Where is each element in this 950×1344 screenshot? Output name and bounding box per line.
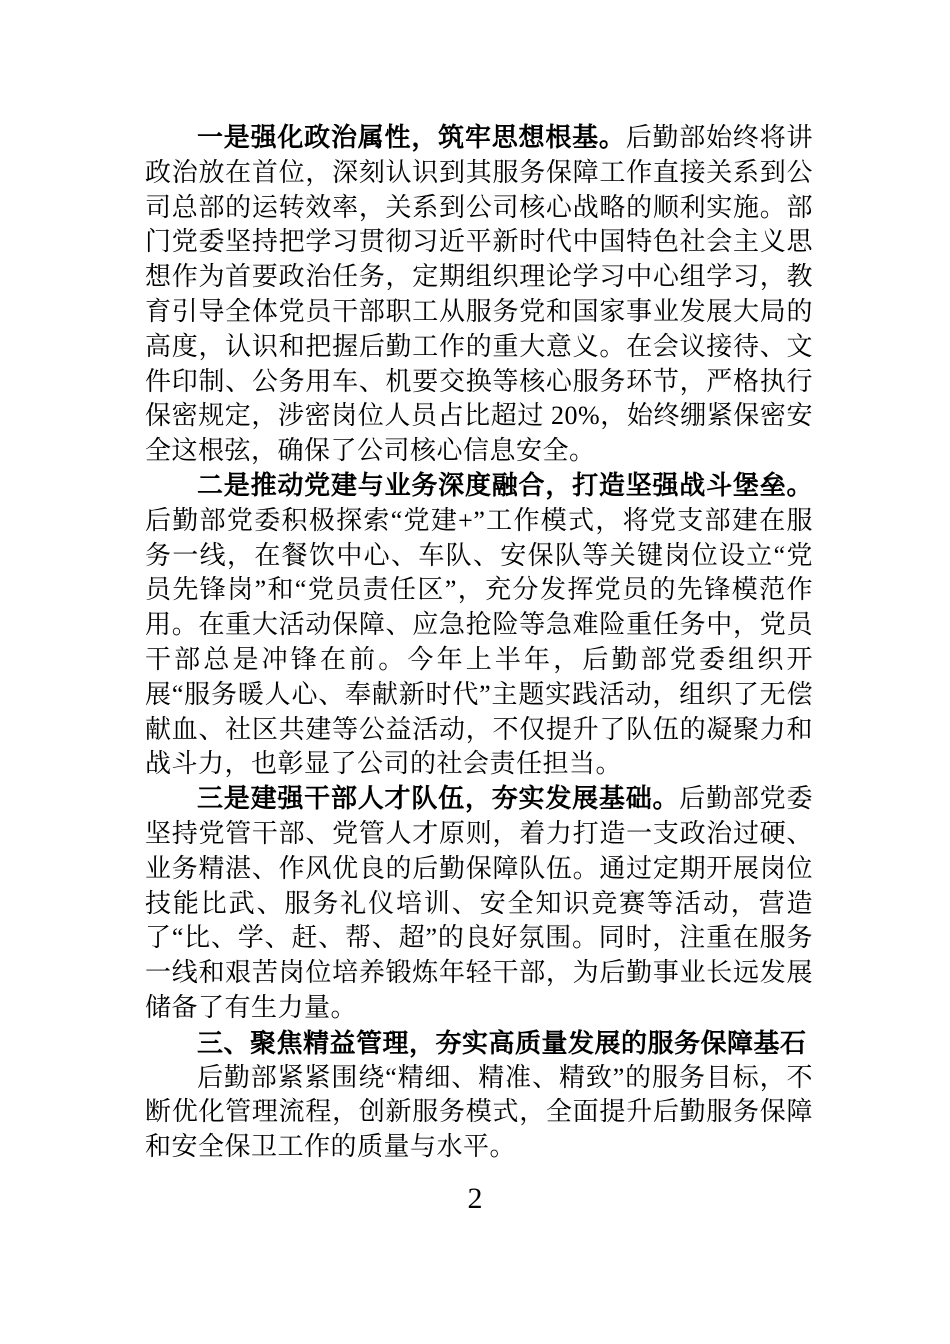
section-heading: 三、聚焦精益管理，夯实高质量发展的服务保障基石 <box>145 1026 813 1061</box>
paragraph-2: 二是推动党建与业务深度融合，打造坚强战斗堡垒。后勤部党委积极探索“党建+”工作模… <box>145 469 813 782</box>
paragraph-3: 三是建强干部人才队伍，夯实发展基础。后勤部党委坚持党管干部、党管人才原则，着力打… <box>145 782 813 1026</box>
paragraph-3-lead: 三是建强干部人才队伍，夯实发展基础。 <box>197 784 679 813</box>
paragraph-2-lead: 二是推动党建与业务深度融合，打造坚强战斗堡垒。 <box>197 471 813 500</box>
page-number: 2 <box>0 1182 950 1216</box>
paragraph-1-text: 后勤部始终将讲政治放在首位，深刻认识到其服务保障工作直接关系到公司总部的运转效率… <box>145 123 813 465</box>
paragraph-1: 一是强化政治属性，筑牢思想根基。后勤部始终将讲政治放在首位，深刻认识到其服务保障… <box>145 121 813 469</box>
document-body: 一是强化政治属性，筑牢思想根基。后勤部始终将讲政治放在首位，深刻认识到其服务保障… <box>145 121 813 1165</box>
paragraph-2-text: 后勤部党委积极探索“党建+”工作模式，将党支部建在服务一线，在餐饮中心、车队、安… <box>145 506 813 779</box>
closing-paragraph: 后勤部紧紧围绕“精细、精准、精致”的服务目标，不断优化管理流程，创新服务模式，全… <box>145 1061 813 1165</box>
document-page: 一是强化政治属性，筑牢思想根基。后勤部始终将讲政治放在首位，深刻认识到其服务保障… <box>0 0 950 1344</box>
paragraph-1-lead: 一是强化政治属性，筑牢思想根基。 <box>197 123 626 152</box>
paragraph-3-text: 后勤部党委坚持党管干部、党管人才原则，着力打造一支政治过硬、业务精湛、作风优良的… <box>145 784 813 1022</box>
